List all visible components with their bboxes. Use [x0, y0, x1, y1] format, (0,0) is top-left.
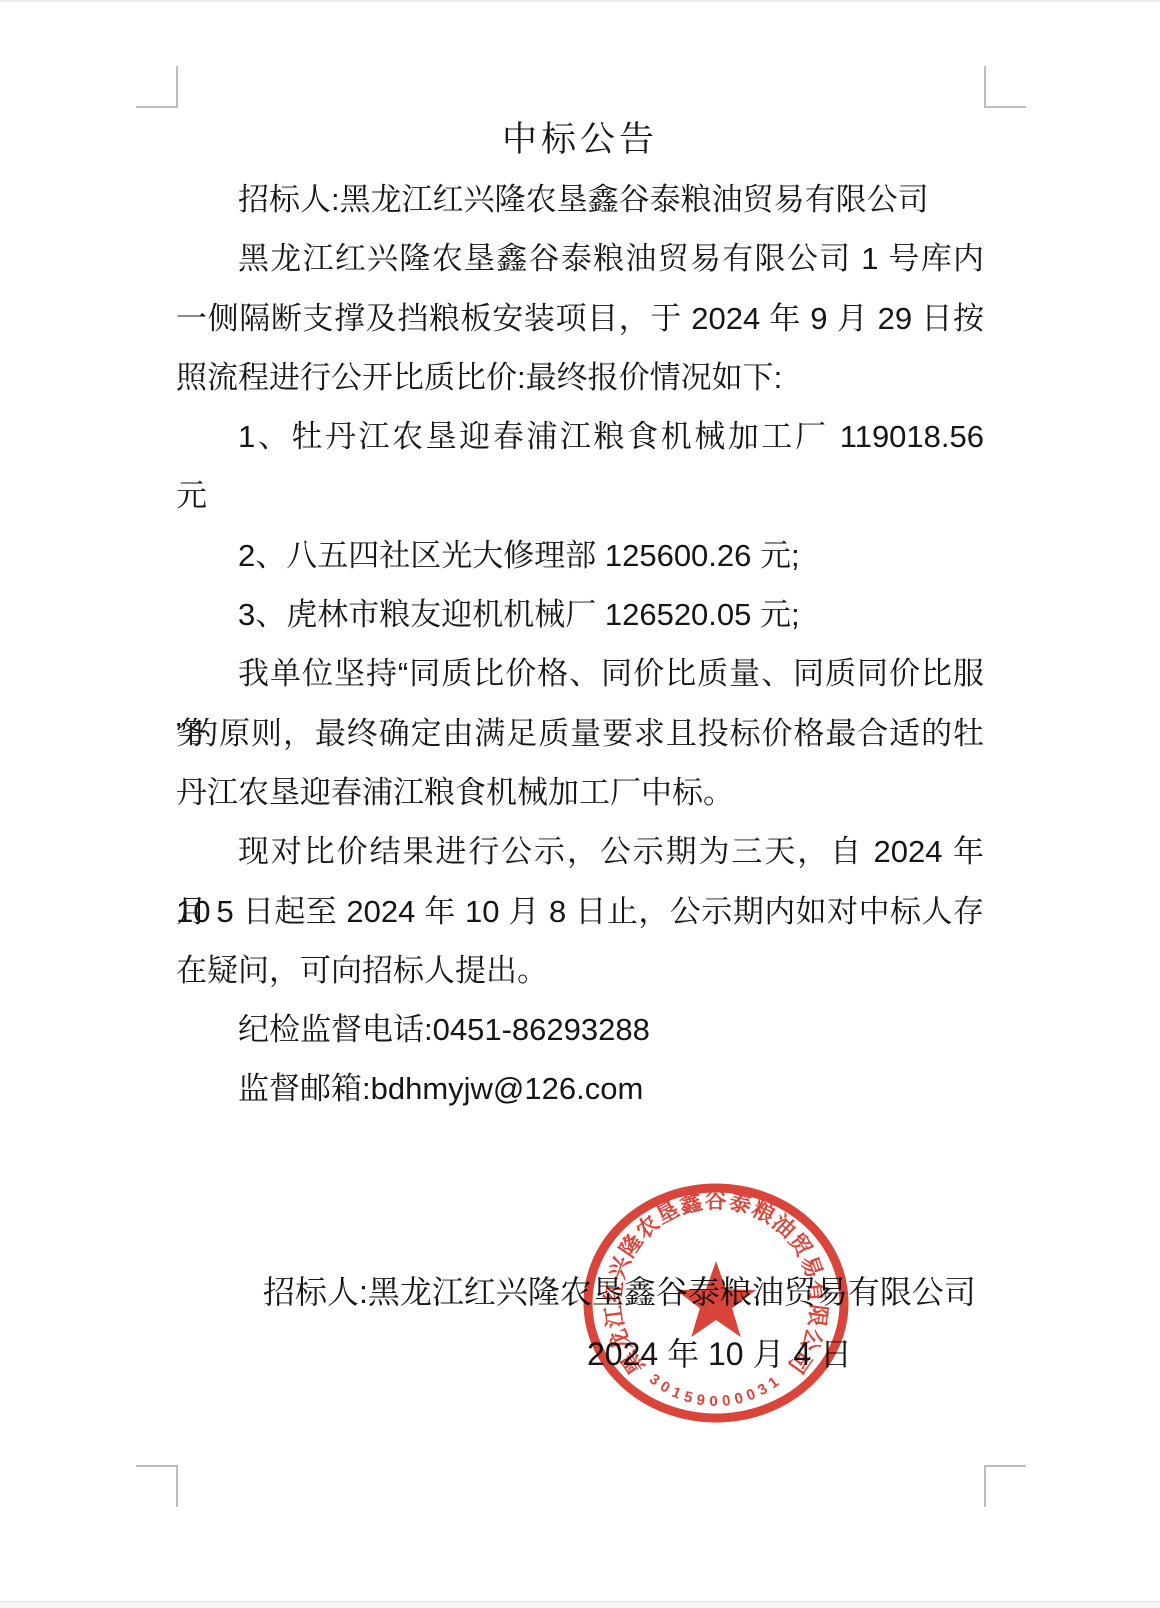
document-line: 现对比价结果进行公示，公示期为三天，自 2024 年 10: [176, 822, 984, 881]
company-seal: 黑龙江红兴隆农垦鑫谷泰粮油贸易有限公司 2301590000319: [576, 1175, 856, 1435]
announcement-page: 中标公告 招标人:黑龙江红兴隆农垦鑫谷泰粮油贸易有限公司 黑龙江红兴隆农垦鑫谷泰…: [0, 0, 1160, 1608]
crop-mark-top-right: [984, 66, 1026, 108]
document-line: 招标人:黑龙江红兴隆农垦鑫谷泰粮油贸易有限公司: [176, 170, 984, 229]
document-line: ”的原则，最终确定由满足质量要求且投标价格最合适的牡: [176, 704, 984, 763]
document-line: 一侧隔断支撑及挡粮板安装项目，于 2024 年 9 月 29 日按: [176, 289, 984, 348]
page-top-edge: [0, 0, 1160, 2]
document-line: 1、牡丹江农垦迎春浦江粮食机械加工厂 119018.56: [176, 407, 984, 466]
document-line: 在疑问，可向招标人提出。: [176, 941, 984, 1000]
crop-mark-bottom-right: [984, 1465, 1026, 1507]
star-icon: [676, 1261, 756, 1337]
document-line: 3、虎林市粮友迎机机械厂 126520.05 元;: [176, 585, 984, 644]
document-line: 我单位坚持“同质比价格、同价比质量、同质同价比服务: [176, 644, 984, 703]
crop-mark-bottom-left: [136, 1465, 178, 1507]
crop-mark-top-left: [136, 66, 178, 108]
document-line: 纪检监督电话:0451-86293288: [176, 1000, 984, 1059]
document-line: 照流程进行公开比质比价:最终报价情况如下:: [176, 348, 984, 407]
document-title: 中标公告: [176, 112, 984, 162]
page-bottom-edge: [0, 1601, 1160, 1608]
document-line: 监督邮箱:bdhmyjw@126.com: [176, 1059, 984, 1118]
document-line: 月 5 日起至 2024 年 10 月 8 日止，公示期内如对中标人存: [176, 882, 984, 941]
document-line: 元: [176, 466, 984, 525]
document-line: 2、八五四社区光大修理部 125600.26 元;: [176, 526, 984, 585]
document-body: 招标人:黑龙江红兴隆农垦鑫谷泰粮油贸易有限公司 黑龙江红兴隆农垦鑫谷泰粮油贸易有…: [176, 170, 984, 1119]
document-line: 丹江农垦迎春浦江粮食机械加工厂中标。: [176, 763, 984, 822]
document-line: 黑龙江红兴隆农垦鑫谷泰粮油贸易有限公司 1 号库内: [176, 229, 984, 288]
